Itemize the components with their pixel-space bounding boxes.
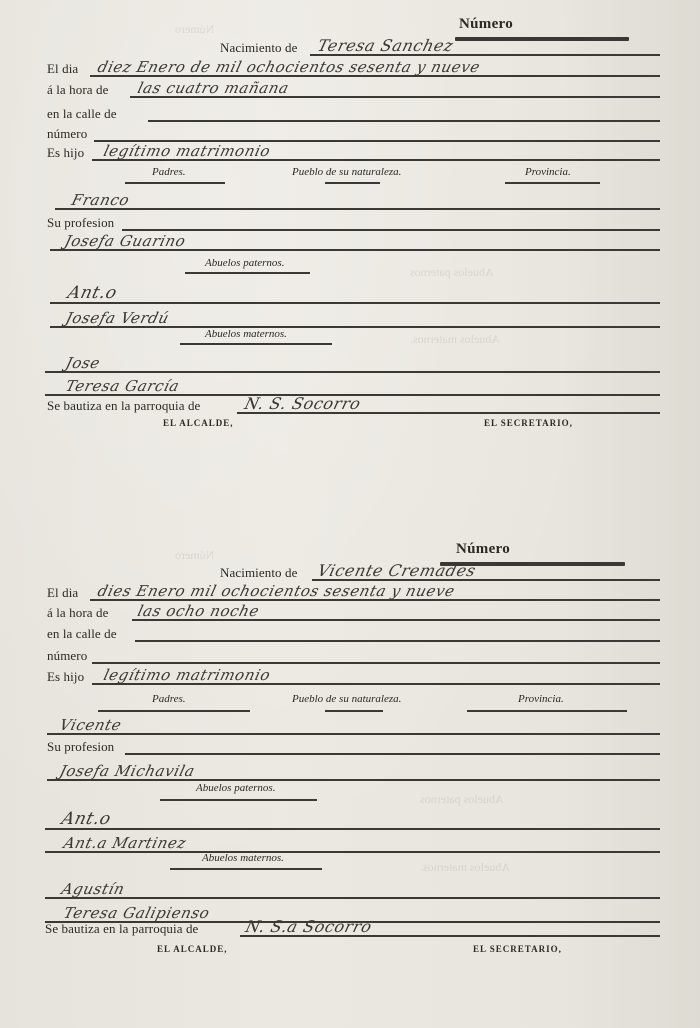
bleed-through-abuelos-paternos-2: Abuelos paternos [420,792,504,807]
es-hijo-value: legítimo matrimonio [102,142,273,160]
padre-value: Franco [70,191,132,209]
pueblo-caption-rule [325,182,380,184]
abuelo-materno-rule [45,371,660,373]
provincia-caption-rule [505,182,600,184]
el-dia-line: El dia dies Enero mil ochocientos sesent… [0,583,700,603]
numero-label: Número [459,16,513,33]
hora-label: á la hora de [47,82,108,98]
hora-label: á la hora de [47,605,108,621]
pueblo-caption-rule [325,710,383,712]
bleed-through-abuelos-maternos: Abuelos maternos. [410,332,500,347]
es-hijo-line: Es hijo legítimo matrimonio [0,667,700,687]
el-dia-line: El dia diez Enero de mil ochocientos ses… [0,59,700,79]
hora-value: las ocho noche [136,602,262,620]
nacimiento-line: Nacimiento de Teresa Sanchez [0,38,700,58]
secretario-signature-label: EL SECRETARIO, [473,944,562,954]
abuelos-paternos-caption-rule [160,799,317,801]
alcalde-signature-label: EL ALCALDE, [157,944,228,954]
abuelo-materno-line: Agustín [0,881,700,901]
abuelo-paterno-value: Ant.o [66,283,120,303]
padres-caption-rule [98,710,250,712]
abuelos-maternos-caption: Abuelos maternos. [202,852,284,864]
abuelo-paterno-rule [45,828,660,830]
el-dia-value: diez Enero de mil ochocientos sesenta y … [96,58,482,76]
es-hijo-line: Es hijo legítimo matrimonio [0,143,700,163]
nacimiento-label: Nacimiento de [220,40,297,56]
el-dia-label: El dia [47,61,78,77]
abuelo-paterno-value: Ant.o [60,809,114,829]
abuelos-maternos-caption-rule [170,868,322,870]
calle-rule [135,640,660,642]
padres-caption-rule [125,182,225,184]
provincia-caption: Provincia. [525,166,571,178]
nacimiento-label: Nacimiento de [220,565,297,581]
nacimiento-line: Nacimiento de Vicente Cremades [0,563,700,583]
padre-value: Vicente [58,716,124,734]
abuela-paterna-line: Ant.a Martinez [0,835,700,855]
parroquia-line: Se bautiza en la parroquia de N. S. Soco… [0,396,700,416]
secretario-signature-label: EL SECRETARIO, [484,418,573,428]
hora-line: á la hora de las ocho noche [0,603,700,623]
abuelo-paterno-line: Ant.o [0,286,700,306]
parroquia-value: N. S.a Socorro [244,917,375,936]
madre-value: Josefa Guarino [63,232,188,250]
padre-line: Franco [0,192,700,212]
profesion-label: Su profesion [47,739,114,755]
calle-label: en la calle de [47,106,117,122]
numero-casa-rule [92,662,660,664]
bleed-through-numero-2: Número [175,548,214,563]
parroquia-label: Se bautiza en la parroquia de [45,921,198,937]
padre-line: Vicente [0,717,700,737]
nacimiento-value: Vicente Cremades [316,561,478,580]
abuelos-paternos-caption-rule [185,272,310,274]
bleed-through-abuelos-maternos-2: Abuelos maternos. [420,860,510,875]
abuela-paterna-value: Josefa Verdú [64,309,171,327]
es-hijo-value: legítimo matrimonio [102,666,273,684]
padres-caption: Padres. [152,166,186,178]
provincia-caption: Provincia. [518,693,564,705]
abuelo-paterno-rule [50,302,660,304]
calle-label: en la calle de [47,626,117,642]
es-hijo-label: Es hijo [47,145,84,161]
profesion-line: Su profesion [0,737,700,757]
parroquia-value: N. S. Socorro [243,394,363,413]
el-dia-label: El dia [47,585,78,601]
abuelos-maternos-caption: Abuelos maternos. [205,328,287,340]
abuelo-materno-line: Jose [0,355,700,375]
register-page: Número Abuelos paternos Abuelos maternos… [0,0,700,1028]
parroquia-line: Se bautiza en la parroquia de N. S.a Soc… [0,919,700,939]
numero-casa-label: número [47,648,87,664]
numero-casa-line: número [0,124,700,144]
numero-casa-line: número [0,646,700,666]
pueblo-caption: Pueblo de su naturaleza. [292,693,401,705]
profesion-label: Su profesion [47,215,114,231]
provincia-caption-rule [467,710,627,712]
profesion-rule [125,753,660,755]
madre-line: Josefa Guarino [0,233,700,253]
abuela-paterna-value: Ant.a Martinez [62,834,189,852]
calle-line: en la calle de [0,104,700,124]
abuela-materna-value: Teresa García [64,377,182,395]
bleed-through-abuelos-paternos: Abuelos paternos [410,265,494,280]
calle-line: en la calle de [0,624,700,644]
el-dia-value: dies Enero mil ochocientos sesenta y nue… [96,582,457,600]
numero-casa-label: número [47,126,87,142]
abuelos-paternos-caption: Abuelos paternos. [196,782,275,794]
numero-label: Número [456,541,510,558]
madre-value: Josefa Michavila [58,762,197,780]
es-hijo-label: Es hijo [47,669,84,685]
profesion-rule [122,229,660,231]
calle-rule [148,120,660,122]
abuelo-materno-value: Agustín [60,880,127,898]
abuelo-paterno-line: Ant.o [0,812,700,832]
profesion-line: Su profesion [0,213,700,233]
abuelos-paternos-caption: Abuelos paternos. [205,257,284,269]
padres-caption: Padres. [152,693,186,705]
nacimiento-value: Teresa Sanchez [316,36,456,55]
abuela-paterna-line: Josefa Verdú [0,310,700,330]
abuelo-materno-rule [45,897,660,899]
hora-value: las cuatro mañana [136,79,291,97]
alcalde-signature-label: EL ALCALDE, [163,418,234,428]
abuelos-maternos-caption-rule [180,343,332,345]
hora-line: á la hora de las cuatro mañana [0,80,700,100]
madre-line: Josefa Michavila [0,763,700,783]
bleed-through-numero: Número [175,22,214,37]
pueblo-caption: Pueblo de su naturaleza. [292,166,401,178]
abuelo-materno-value: Jose [64,354,103,372]
parroquia-label: Se bautiza en la parroquia de [47,398,200,414]
padre-rule [55,208,660,210]
padre-rule [47,733,660,735]
